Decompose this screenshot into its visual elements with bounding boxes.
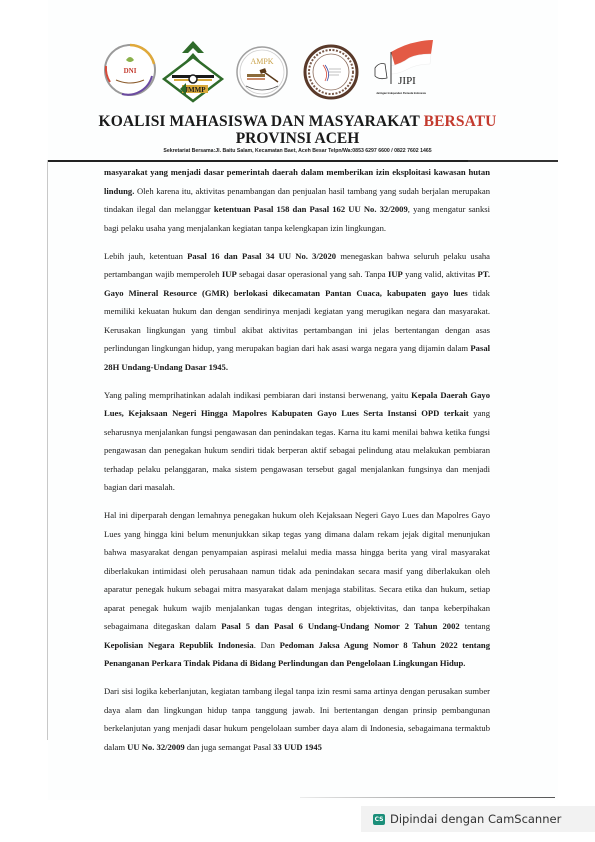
letter-body: masyarakat yang menjadi dasar pemerintah… xyxy=(104,163,490,766)
camscanner-label: Dipindai dengan CamScanner xyxy=(390,812,561,826)
ornamental-seal-logo xyxy=(303,43,359,106)
organization-subtitle: PROVINSI ACEH xyxy=(0,130,595,148)
paragraph: Lebih jauh, ketentuan Pasal 16 dan Pasal… xyxy=(104,247,490,377)
text: dan juga semangat Pasal xyxy=(185,742,274,752)
title-accent: BERSATU xyxy=(424,113,497,130)
bold-text: UU No. 32/2009 xyxy=(127,742,185,752)
header-divider xyxy=(48,160,468,162)
bold-text: Pasal 5 dan Pasal 6 Undang-Undang Nomor … xyxy=(221,621,459,631)
jipi-logo: JIPI Jaringan Independen Pemuda Indonesi… xyxy=(367,38,435,105)
paragraph: masyarakat yang menjadi dasar pemerintah… xyxy=(104,163,490,237)
bold-text: Kepolisian Negara Republik Indonesia xyxy=(104,640,254,650)
camscanner-watermark: CS Dipindai dengan CamScanner xyxy=(361,806,595,832)
paragraph: Dari sisi logika keberlanjutan, kegiatan… xyxy=(104,682,490,756)
text: yang seharusnya menjalankan fungsi penga… xyxy=(104,408,490,492)
text: Lebih jauh, ketentuan xyxy=(104,251,187,261)
bold-text: Pasal 16 dan Pasal 34 UU No. 3/2020 xyxy=(187,251,336,261)
bold-text: IUP xyxy=(388,269,403,279)
camscanner-icon: CS xyxy=(373,814,385,825)
text: . Dan xyxy=(254,640,280,650)
text: yang valid, aktivitas xyxy=(403,269,478,279)
svg-text:AMPK: AMPK xyxy=(250,57,273,66)
svg-text:Jaringan Independen Pemuda Ind: Jaringan Independen Pemuda Indonesia xyxy=(376,91,426,95)
dni-logo: DNI xyxy=(102,42,158,103)
svg-text:DNI: DNI xyxy=(124,67,137,75)
jmmp-logo: JMMP xyxy=(160,39,226,110)
page-edge xyxy=(47,160,48,740)
text: tentang xyxy=(460,621,490,631)
text: Yang paling memprihatinkan adalah indika… xyxy=(104,390,411,400)
logo-row: DNI JMMP AMPK xyxy=(0,42,595,110)
svg-text:JMMP: JMMP xyxy=(185,86,207,94)
bold-text: 33 UUD 1945 xyxy=(273,742,322,752)
header-divider-end xyxy=(468,160,558,162)
text: sebagai dasar operasional yang sah. Tanp… xyxy=(237,269,388,279)
bold-text: IUP xyxy=(222,269,237,279)
svg-text:JIPI: JIPI xyxy=(398,75,416,87)
title-main: KOALISI MAHASISWA DAN MASYARAKAT xyxy=(99,113,424,130)
page-bottom-edge xyxy=(300,797,555,798)
ampk-logo: AMPK xyxy=(234,44,290,105)
paragraph: Yang paling memprihatinkan adalah indika… xyxy=(104,386,490,497)
text: Hal ini diperparah dengan lemahnya peneg… xyxy=(104,510,490,631)
secretariat-address: Sekretariat Bersama:Jl. Baitu Salam, Kec… xyxy=(0,148,595,154)
organization-title: KOALISI MAHASISWA DAN MASYARAKAT BERSATU xyxy=(0,113,595,131)
bold-text: ketentuan Pasal 158 dan Pasal 162 UU No.… xyxy=(214,204,408,214)
paragraph: Hal ini diperparah dengan lemahnya peneg… xyxy=(104,506,490,673)
